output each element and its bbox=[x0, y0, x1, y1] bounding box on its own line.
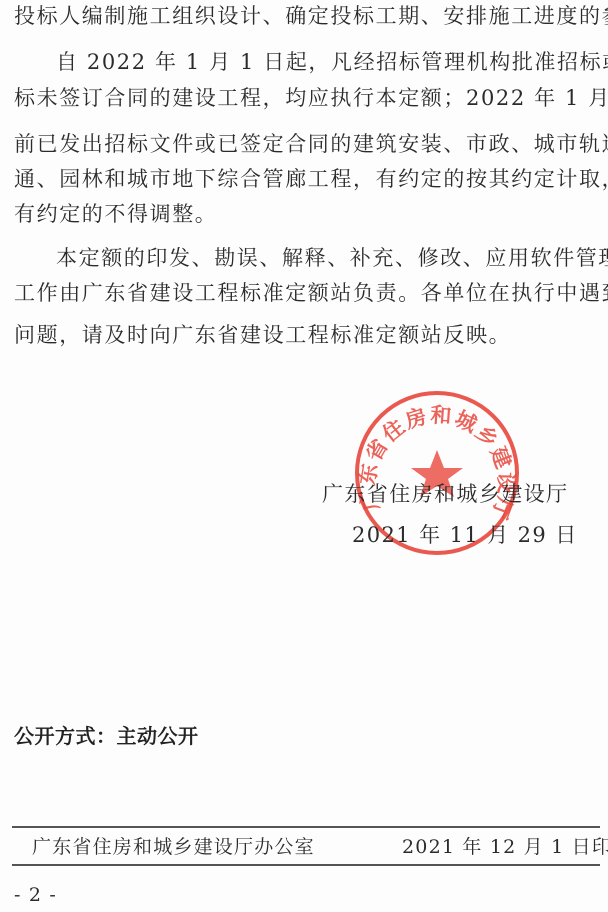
signing-organization: 广东省住房和城乡建设厅 bbox=[322, 482, 568, 506]
body-line-3: 标未签订合同的建设工程，均应执行本定额；2022 年 1 月 1 日 bbox=[14, 86, 608, 110]
body-line-4: 前已发出招标文件或已签定合同的建筑安装、市政、城市轨道交 bbox=[14, 132, 608, 156]
footer-issue-date: 2021 年 12 月 1 日印发 bbox=[402, 836, 608, 858]
footer-top-rule bbox=[12, 826, 600, 828]
body-line-6: 有约定的不得调整。 bbox=[14, 202, 217, 226]
body-line-5: 通、园林和城市地下综合管廊工程，有约定的按其约定计取，没 bbox=[14, 167, 608, 191]
disclosure-method: 公开方式：主动公开 bbox=[14, 724, 199, 748]
body-line-7: 本定额的印发、勘误、解释、补充、修改、应用软件管理等 bbox=[56, 246, 608, 270]
page-number: - 2 - bbox=[14, 884, 57, 906]
body-line-1: 投标人编制施工组织设计、确定投标工期、安排施工进度的参考。 bbox=[14, 4, 608, 28]
body-line-2: 自 2022 年 1 月 1 日起，凡经招标管理机构批准招标或非招 bbox=[56, 50, 608, 74]
footer-bottom-rule bbox=[12, 864, 600, 866]
footer-issuer: 广东省住房和城乡建设厅办公室 bbox=[32, 836, 315, 858]
body-line-9: 问题，请及时向广东省建设工程标准定额站反映。 bbox=[14, 323, 511, 347]
body-line-8: 工作由广东省建设工程标准定额站负责。各单位在执行中遇到的 bbox=[14, 281, 608, 305]
signing-date: 2021 年 11 月 29 日 bbox=[352, 523, 578, 547]
